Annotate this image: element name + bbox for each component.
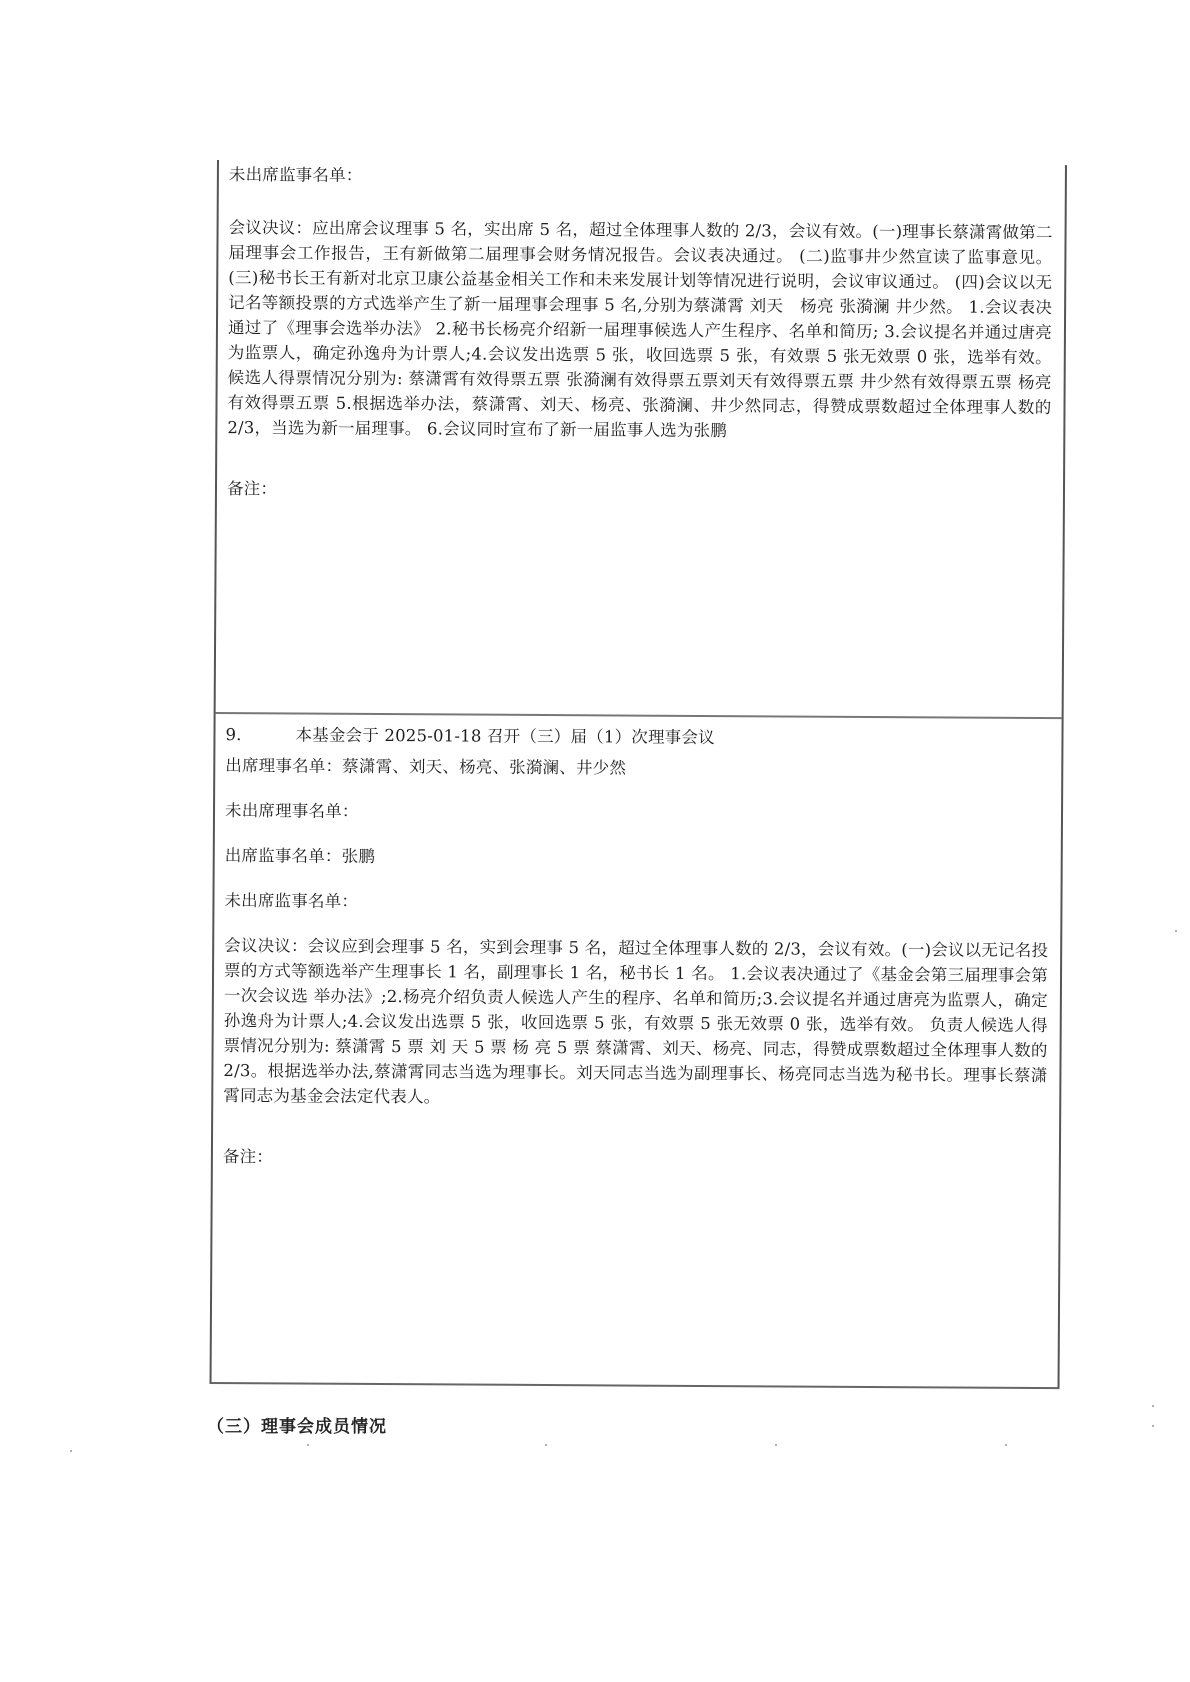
meeting-9-remarks-label: 备注： [223, 1144, 1047, 1174]
meeting-8-remarks-label: 备注： [227, 476, 1051, 506]
meeting-9-heading: 9. 本基金会于 2025-01-18 召开（三）届（1）次理事会议 [225, 722, 1049, 752]
meeting-9-cell: 9. 本基金会于 2025-01-18 召开（三）届（1）次理事会议 出席理事名… [223, 716, 1050, 1174]
meeting-8-resolution: 会议决议：应出席会议理事 5 名，实出席 5 名，超过全体理事人数的 2/3，会… [227, 215, 1052, 445]
scan-speck [545, 1444, 547, 1446]
scan-speck [307, 1444, 309, 1446]
scan-speck [1152, 1425, 1154, 1427]
scan-speck [70, 1450, 72, 1452]
scan-speck [1005, 1444, 1007, 1446]
scan-speck [1175, 930, 1177, 932]
document-page: 未出席监事名单： 会议决议：应出席会议理事 5 名，实出席 5 名，超过全体理事… [0, 0, 1190, 1682]
absent-supervisors-label: 未出席监事名单： [229, 162, 1053, 192]
absent-directors: 未出席理事名单： [225, 798, 1049, 828]
meeting-9-resolution: 会议决议：会议应到会理事 5 名，实到会理事 5 名，超过全体理事人数的 2/3… [223, 933, 1048, 1113]
meeting-8-cell: 未出席监事名单： 会议决议：应出席会议理事 5 名，实出席 5 名，超过全体理事… [227, 160, 1053, 506]
section-heading-board-members: （三）理事会成员情况 [207, 1412, 387, 1437]
scan-speck [775, 1444, 777, 1446]
absent-supervisors: 未出席监事名单： [224, 888, 1048, 918]
attending-directors: 出席理事名单：蔡潇霄、刘天、杨亮、张漪澜、井少然 [225, 753, 1049, 783]
attending-supervisors: 出席监事名单：张鹏 [225, 843, 1049, 873]
scan-speck [1152, 1405, 1154, 1407]
meeting-number: 9. [225, 722, 295, 747]
meeting-records-table: 未出席监事名单： 会议决议：应出席会议理事 5 名，实出席 5 名，超过全体理事… [210, 160, 1067, 1389]
meeting-title: 本基金会于 2025-01-18 召开（三）届（1）次理事会议 [295, 722, 714, 750]
